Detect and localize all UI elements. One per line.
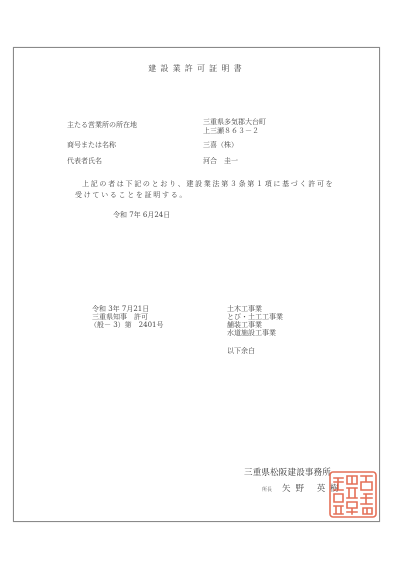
field-value-representative: 河合 圭一 — [203, 157, 238, 165]
field-label-company-name: 商号または名称 — [67, 141, 116, 149]
permit-number: （般－ 3）第 2401号 — [90, 321, 164, 329]
statement-line-1: 上記の者は下記のとおり、建設業法第３条第１項に基づく許可を — [82, 179, 334, 190]
field-value-company-name: 三喜（株） — [203, 141, 238, 149]
field-value-office-address-line1: 三重県多気郡大台町 — [203, 118, 266, 126]
field-label-office-address: 主たる営業所の所在地 — [67, 121, 137, 129]
business-type-water-facility: 水道施設工事業 — [227, 329, 276, 337]
issue-date: 令和 7年 6月24日 — [113, 211, 170, 219]
business-type-paving: 舗装工事業 — [227, 321, 262, 329]
field-label-representative: 代表者氏名 — [67, 157, 102, 165]
business-type-civil: 土木工事業 — [227, 305, 262, 313]
issuer-director-title: 所長 — [262, 486, 272, 493]
permit-date: 令和 3年 7月21日 — [92, 305, 149, 313]
business-type-scaffolding: とび・土工工事業 — [227, 313, 283, 321]
field-value-office-address-line2: 上三瀬８６３－２ — [203, 127, 259, 135]
issuer-office: 三重県松阪建設事務所 — [244, 466, 331, 478]
certificate-frame — [13, 47, 380, 522]
end-note: 以下余白 — [227, 347, 255, 355]
statement-line-2: 受けていることを証明する。 — [75, 190, 188, 201]
document-title: 建設業許可証明書 — [0, 63, 394, 74]
official-seal-icon — [328, 470, 378, 519]
permit-authority: 三重県知事 許可 — [92, 313, 148, 321]
